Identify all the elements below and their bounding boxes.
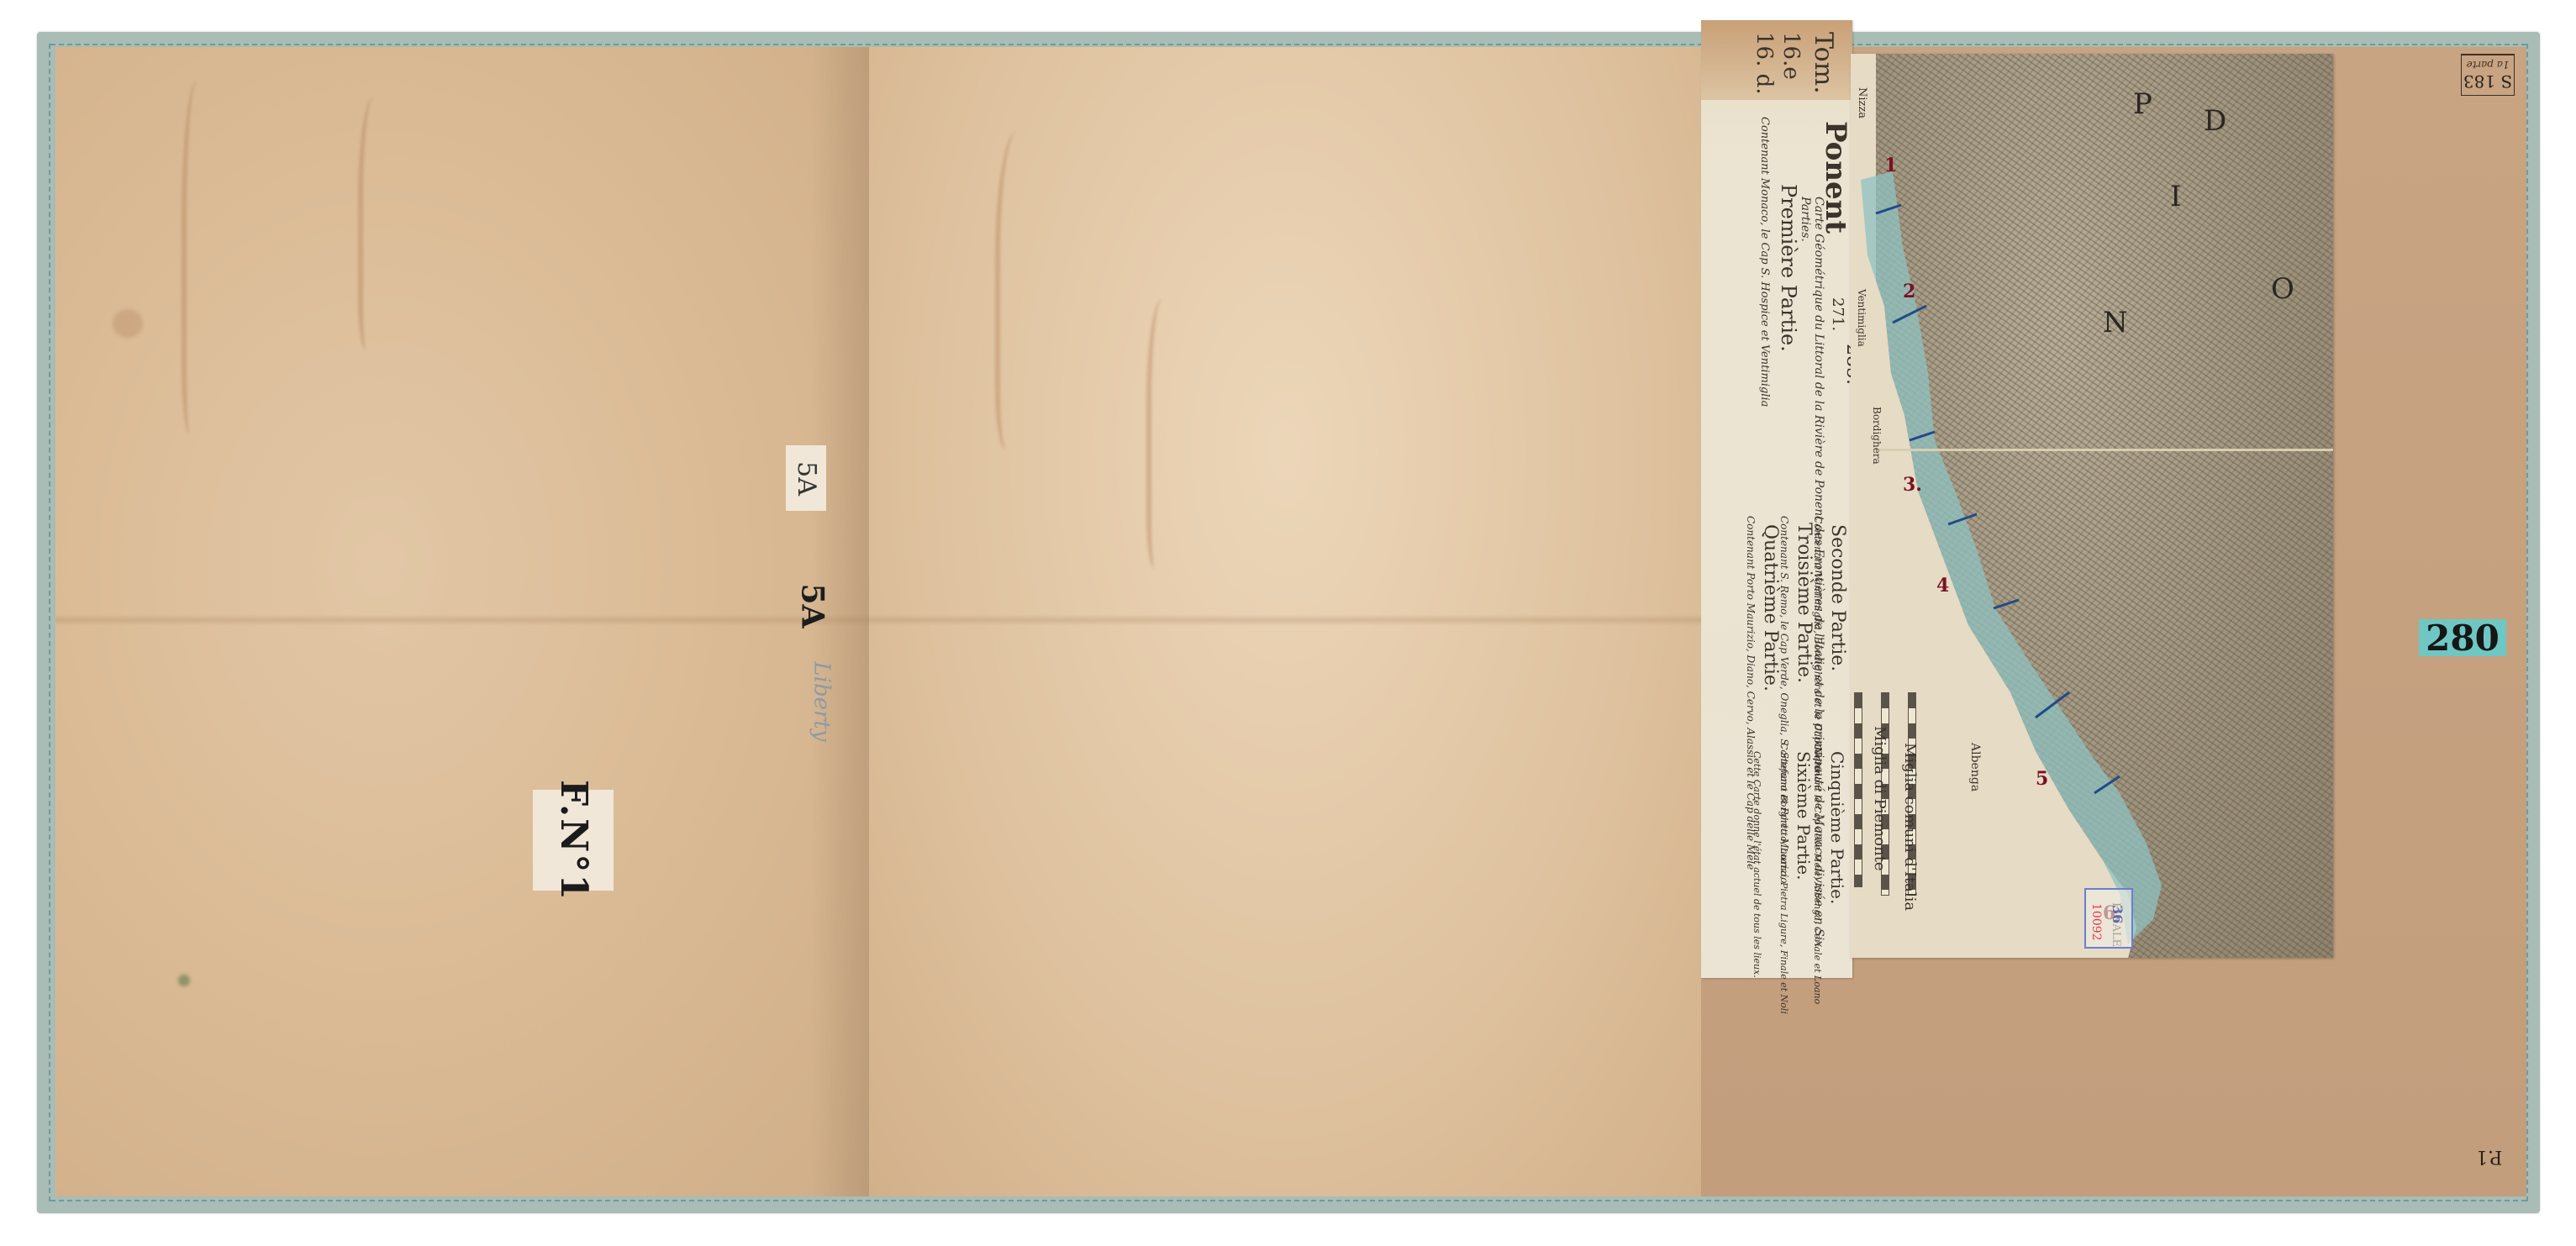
corner-label-top: 1a parte: [2462, 55, 2514, 71]
segment-number: 4: [1936, 575, 1949, 597]
region-letter: D: [2204, 104, 2226, 138]
cartouche-footnote: Cette Carte donne l'état actuel de tous …: [1752, 751, 1762, 978]
region-letter: P: [2133, 87, 2152, 121]
archive-category-number: 10092: [2089, 903, 2103, 941]
folder-label: F.N°1: [533, 790, 614, 891]
part-1-label: Première Partie.: [1777, 184, 1800, 352]
segment-number: 5: [2036, 768, 2048, 790]
region-letter: I: [2170, 180, 2181, 213]
title-cartouche: Tom. 16.e 16. d. Ponent Carte Géométriqu…: [1701, 20, 1852, 978]
catalog-number-label: 280: [2419, 619, 2506, 656]
coastal-map: P D I O N 1 2 3. 4 5 6 Nizza Ventimiglia…: [1851, 54, 2333, 958]
place-name: Albenga: [1968, 743, 1982, 791]
corner-inventory-label: 1a parte S 183: [2461, 54, 2515, 96]
water-stain: [182, 81, 220, 434]
part-2-label: Seconde Partie.: [1827, 524, 1848, 671]
stitching-bottom: [50, 1200, 2526, 1201]
place-name: Nizza: [1856, 87, 1868, 118]
corner-label-main: S 183: [2462, 71, 2514, 92]
part-4-label: Quatrième Partie.: [1760, 524, 1781, 691]
pencil-annotation: Liberty: [809, 661, 835, 741]
part-3-label: Troisième Partie.: [1794, 523, 1815, 683]
scale-bar-france: [1854, 692, 1862, 887]
part-1-content: Contenant Monaco, le Cap S. Hospice et V…: [1758, 117, 1771, 407]
coastline-layer: [1851, 54, 2333, 958]
segment-number: 3.: [1903, 474, 1922, 496]
part-6-content: Contenant Borghetto, Loano, Pietra Ligur…: [1778, 743, 1789, 1014]
place-name: Ventimiglia: [1856, 289, 1867, 347]
fold-line: [55, 614, 1701, 626]
part-5-label: Cinquième Partie.: [1827, 751, 1847, 904]
segment-number: 1: [1884, 155, 1897, 176]
scale-label-piemonte: Miglia di Piemonte: [1871, 726, 1889, 871]
segment-number: 2: [1903, 281, 1915, 302]
volume-label: Tom.: [1809, 32, 1838, 94]
region-letter: N: [2103, 306, 2128, 339]
archive-revision-stamp: 10092 36: [2084, 888, 2133, 949]
place-name: Bordighera: [1871, 407, 1883, 465]
stitching-left: [49, 44, 50, 1201]
stitching-right: [2526, 44, 2528, 1201]
reference-number: 271.: [1829, 297, 1846, 331]
page-mark: P.1: [2476, 1146, 2502, 1167]
water-stain: [1146, 299, 1185, 568]
water-stain: [358, 97, 397, 350]
water-stain: [995, 131, 1051, 450]
archive-folder-number: 36: [2110, 905, 2126, 923]
stitching-top: [50, 44, 2526, 45]
shelf-mark-label: 5A: [786, 445, 826, 511]
volume-sub: 16. d.: [1752, 32, 1777, 95]
stain: [113, 309, 143, 338]
stain: [178, 975, 190, 986]
volume-number: 16.e: [1778, 32, 1804, 80]
shelf-mark-stamp: 5A: [794, 584, 830, 628]
scale-label-italy: Miglia comuni d'Italia: [1901, 743, 1919, 911]
part-6-label: Sixième Partie.: [1794, 751, 1814, 880]
region-letter: O: [2271, 272, 2294, 306]
